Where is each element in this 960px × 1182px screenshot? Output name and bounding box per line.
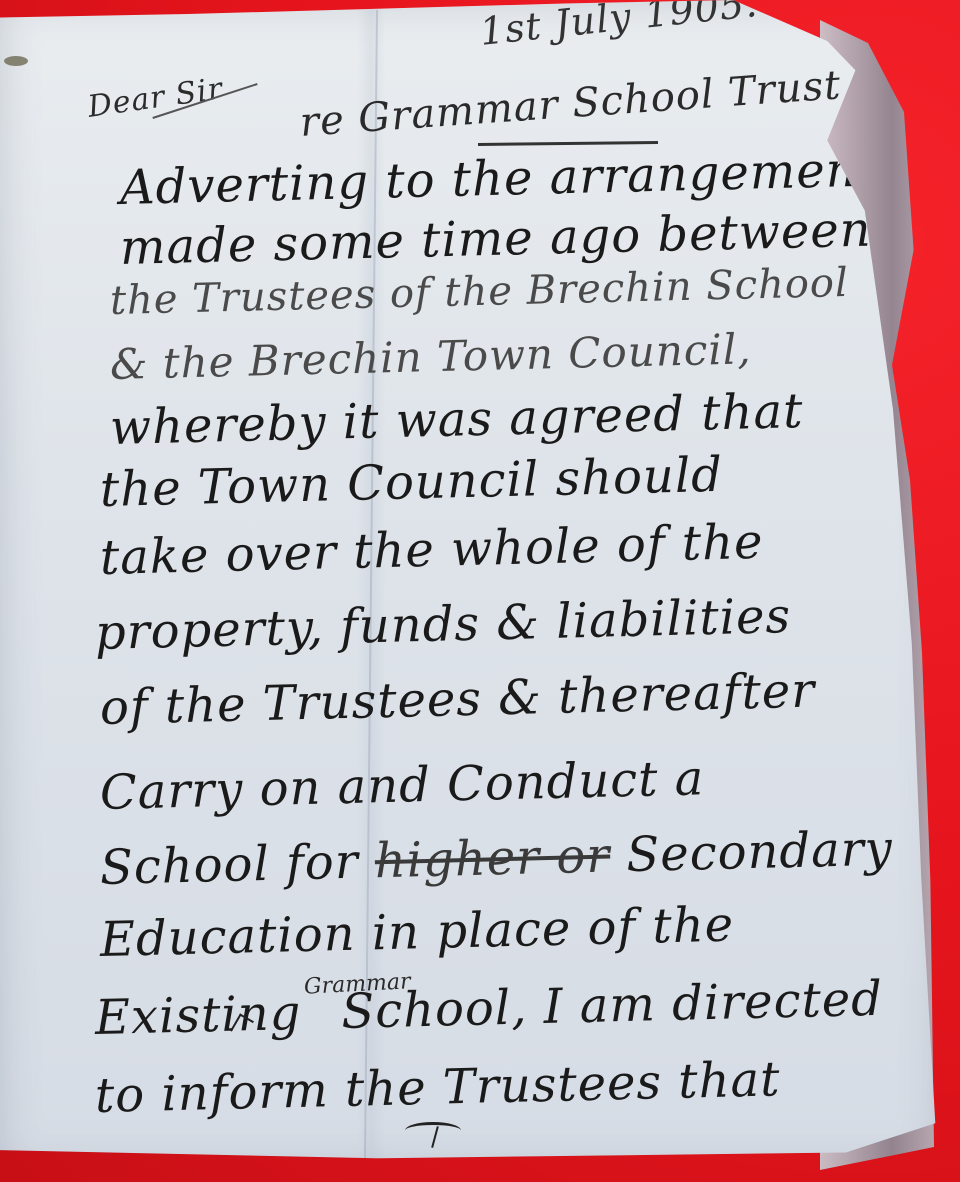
struck-through-text: higher or	[374, 828, 611, 890]
body-line-10: Carry on and Conduct a	[99, 750, 705, 821]
line-13-text-after: School, I am directed	[341, 971, 884, 1040]
line-11-text-before: School for	[99, 833, 375, 896]
body-line-13: ExistingSchool, I am directed	[94, 971, 883, 1046]
insertion-caret-gap	[302, 1028, 342, 1029]
subject-underline	[478, 141, 658, 146]
body-line-8: property, funds & liabilities	[94, 588, 791, 661]
pin-hole-mark	[4, 56, 28, 66]
body-line-9: of the Trustees & thereafter	[99, 663, 815, 736]
body-line-4: & the Brechin Town Council,	[109, 324, 752, 389]
body-line-5: whereby it was agreed that	[109, 383, 804, 456]
body-line-11: School for higher or Secondary	[99, 821, 893, 896]
body-line-14: to inform the Trustees that	[94, 1051, 781, 1124]
body-line-7: take over the whole of the	[99, 514, 764, 586]
body-line-12: Education in place of the	[99, 897, 734, 968]
line-13-text-before: Existing	[94, 985, 302, 1046]
line-11-text-after: Secondary	[609, 821, 893, 884]
letter-sheet: 1st July 1905. Dear Sir re Grammar Schoo…	[0, 0, 940, 1170]
subject-line: re Grammar School Trust	[298, 62, 842, 146]
body-line-6: the Town Council should	[99, 447, 723, 518]
letter-date: 1st July 1905.	[478, 0, 760, 54]
